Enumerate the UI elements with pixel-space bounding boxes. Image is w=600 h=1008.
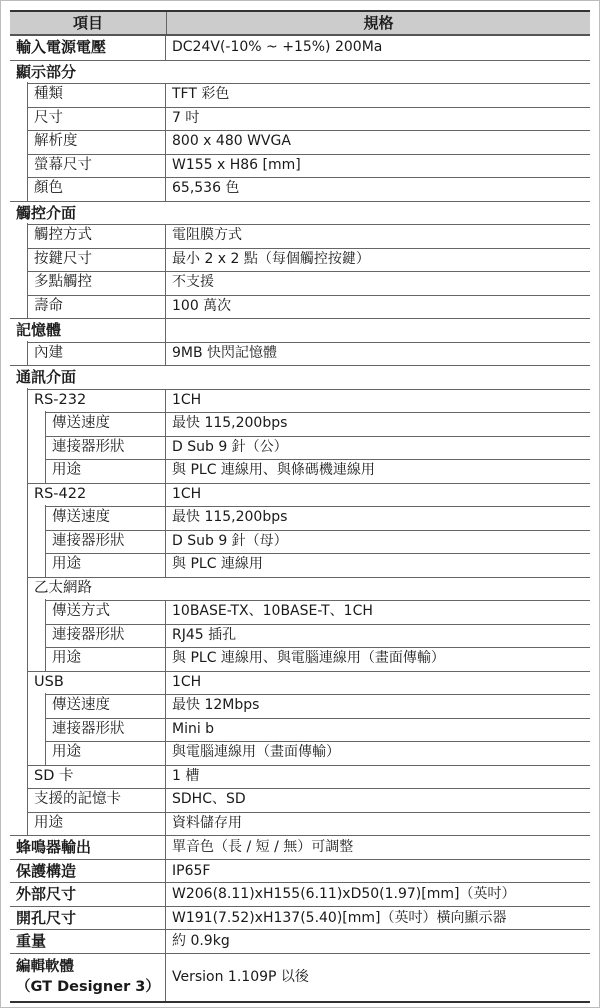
row-label: 編輯軟體 （GT Designer 3） [10, 954, 166, 1001]
header-item: 項目 [10, 12, 167, 34]
row-value: D Sub 9 針（母） [166, 530, 590, 554]
row-label: 螢幕尺寸 [10, 154, 166, 178]
row-value: 與電腦連線用（畫面傳輸） [166, 741, 590, 765]
table-row: 輸入電源電壓DC24V(-10% ~ +15%) 200Ma [10, 36, 590, 60]
table-row: USB1CH [10, 671, 590, 695]
row-label: 觸控方式 [10, 224, 166, 248]
row-label: 用途 [10, 459, 166, 483]
row-label: 壽命 [10, 295, 166, 319]
row-label: 乙太網路 [10, 577, 166, 601]
table-row: 用途資料儲存用 [10, 812, 590, 836]
row-label: 用途 [10, 812, 166, 836]
table-row: 連接器形狀D Sub 9 針（公） [10, 436, 590, 460]
label-line-2: （GT Designer 3） [16, 977, 165, 997]
row-value: 不支援 [166, 271, 590, 295]
row-value: 1CH [166, 389, 590, 413]
row-label: 用途 [10, 741, 166, 765]
table-row: 用途與 PLC 連線用 [10, 553, 590, 577]
row-label: 尺寸 [10, 107, 166, 131]
row-value: 100 萬次 [166, 295, 590, 319]
row-label: 顯示部分 [10, 61, 166, 84]
row-value [166, 319, 590, 342]
table-row: 蜂鳴器輸出單音色（長 / 短 / 無）可調整 [10, 835, 590, 859]
table-row: 用途與電腦連線用（畫面傳輸） [10, 741, 590, 765]
table-row: 螢幕尺寸W155 x H86 [mm] [10, 154, 590, 178]
row-label: 支援的記憶卡 [10, 788, 166, 812]
table-row: RS-4221CH [10, 483, 590, 507]
row-label: 解析度 [10, 130, 166, 154]
row-value: 800 x 480 WVGA [166, 130, 590, 154]
table-row: 傳送方式10BASE-TX、10BASE-T、1CH [10, 600, 590, 624]
row-value: DC24V(-10% ~ +15%) 200Ma [166, 36, 590, 60]
table-row: 連接器形狀Mini b [10, 718, 590, 742]
row-value [166, 61, 590, 84]
row-value: Version 1.109P 以後 [166, 954, 590, 1001]
row-label: 連接器形狀 [10, 436, 166, 460]
table-row: 開孔尺寸W191(7.52)xH137(5.40)[mm]（英吋）橫向顯示器 [10, 906, 590, 930]
row-label: USB [10, 671, 166, 695]
table-row: 通訊介面 [10, 365, 590, 389]
table-row: 尺寸7 吋 [10, 107, 590, 131]
row-label: 用途 [10, 553, 166, 577]
table-row: 解析度800 x 480 WVGA [10, 130, 590, 154]
row-value: 單音色（長 / 短 / 無）可調整 [166, 836, 590, 859]
row-value: D Sub 9 針（公） [166, 436, 590, 460]
row-value: 資料儲存用 [166, 812, 590, 836]
row-value [166, 202, 590, 225]
row-value: 1CH [166, 671, 590, 695]
table-row: 支援的記憶卡SDHC、SD [10, 788, 590, 812]
table-row: RS-2321CH [10, 389, 590, 413]
row-label: RS-422 [10, 483, 166, 507]
row-label: 傳送速度 [10, 694, 166, 718]
row-value: 最快 12Mbps [166, 694, 590, 718]
row-label: 連接器形狀 [10, 718, 166, 742]
row-value: 最快 115,200bps [166, 412, 590, 436]
table-row: 重量約 0.9kg [10, 929, 590, 953]
table-row: 連接器形狀RJ45 插孔 [10, 624, 590, 648]
row-value [166, 366, 590, 389]
row-label: 重量 [10, 930, 166, 953]
row-value: IP65F [166, 860, 590, 883]
row-label: 通訊介面 [10, 366, 166, 389]
row-value: 與 PLC 連線用 [166, 553, 590, 577]
row-value: 電阻膜方式 [166, 224, 590, 248]
row-label: 傳送速度 [10, 506, 166, 530]
row-value: 65,536 色 [166, 177, 590, 201]
table-row: 用途與 PLC 連線用、與電腦連線用（畫面傳輸） [10, 647, 590, 671]
row-label: 開孔尺寸 [10, 907, 166, 930]
row-label: RS-232 [10, 389, 166, 413]
row-value: 1CH [166, 483, 590, 507]
table-row: 觸控介面 [10, 201, 590, 225]
row-value: Mini b [166, 718, 590, 742]
row-label: 外部尺寸 [10, 883, 166, 906]
label-line-1: 編輯軟體 [16, 957, 165, 977]
table-row: SD 卡1 槽 [10, 765, 590, 789]
row-label: 用途 [10, 647, 166, 671]
table-row: 連接器形狀D Sub 9 針（母） [10, 530, 590, 554]
table-body: 輸入電源電壓DC24V(-10% ~ +15%) 200Ma顯示部分種類TFT … [10, 36, 590, 953]
row-value: 與 PLC 連線用、與電腦連線用（畫面傳輸） [166, 647, 590, 671]
table-header: 項目 規格 [10, 12, 590, 36]
table-row: 內建9MB 快閃記憶體 [10, 342, 590, 366]
table-row: 顯示部分 [10, 60, 590, 84]
row-label: 蜂鳴器輸出 [10, 836, 166, 859]
row-value: W155 x H86 [mm] [166, 154, 590, 178]
row-label: 多點觸控 [10, 271, 166, 295]
row-value: 9MB 快閃記憶體 [166, 342, 590, 366]
table-row: 傳送速度最快 12Mbps [10, 694, 590, 718]
row-label: 傳送速度 [10, 412, 166, 436]
row-value: 與 PLC 連線用、與條碼機連線用 [166, 459, 590, 483]
row-value: 7 吋 [166, 107, 590, 131]
row-label: 內建 [10, 342, 166, 366]
row-label: 記憶體 [10, 319, 166, 342]
row-value: SDHC、SD [166, 788, 590, 812]
row-label: 輸入電源電壓 [10, 36, 166, 60]
row-value: W191(7.52)xH137(5.40)[mm]（英吋）橫向顯示器 [166, 907, 590, 930]
row-value: 最快 115,200bps [166, 506, 590, 530]
table-row: 記憶體 [10, 318, 590, 342]
row-label: 種類 [10, 83, 166, 107]
row-value: 10BASE-TX、10BASE-T、1CH [166, 600, 590, 624]
spec-table: 項目 規格 輸入電源電壓DC24V(-10% ~ +15%) 200Ma顯示部分… [10, 10, 590, 1003]
table-row: 顏色65,536 色 [10, 177, 590, 201]
table-row: 保護構造IP65F [10, 859, 590, 883]
row-value: 1 槽 [166, 765, 590, 789]
row-value: 最小 2 x 2 點（每個觸控按鍵） [166, 248, 590, 272]
table-row: 乙太網路 [10, 577, 590, 601]
row-value: TFT 彩色 [166, 83, 590, 107]
row-value: W206(8.11)xH155(6.11)xD50(1.97)[mm]（英吋） [166, 883, 590, 906]
row-value: 約 0.9kg [166, 930, 590, 953]
row-label: 觸控介面 [10, 202, 166, 225]
table-row: 觸控方式電阻膜方式 [10, 224, 590, 248]
row-value: RJ45 插孔 [166, 624, 590, 648]
table-row: 用途與 PLC 連線用、與條碼機連線用 [10, 459, 590, 483]
table-row-software: 編輯軟體 （GT Designer 3） Version 1.109P 以後 [10, 953, 590, 1001]
row-label: 連接器形狀 [10, 530, 166, 554]
row-label: SD 卡 [10, 765, 166, 789]
row-label: 連接器形狀 [10, 624, 166, 648]
table-row: 外部尺寸W206(8.11)xH155(6.11)xD50(1.97)[mm]（… [10, 882, 590, 906]
row-label: 保護構造 [10, 860, 166, 883]
table-row: 壽命100 萬次 [10, 295, 590, 319]
row-value [166, 577, 590, 601]
table-row: 種類TFT 彩色 [10, 83, 590, 107]
table-row: 傳送速度最快 115,200bps [10, 506, 590, 530]
row-label: 顏色 [10, 177, 166, 201]
row-label: 按鍵尺寸 [10, 248, 166, 272]
header-spec: 規格 [167, 12, 590, 34]
table-row: 按鍵尺寸最小 2 x 2 點（每個觸控按鍵） [10, 248, 590, 272]
row-label: 傳送方式 [10, 600, 166, 624]
table-row: 傳送速度最快 115,200bps [10, 412, 590, 436]
table-row: 多點觸控不支援 [10, 271, 590, 295]
